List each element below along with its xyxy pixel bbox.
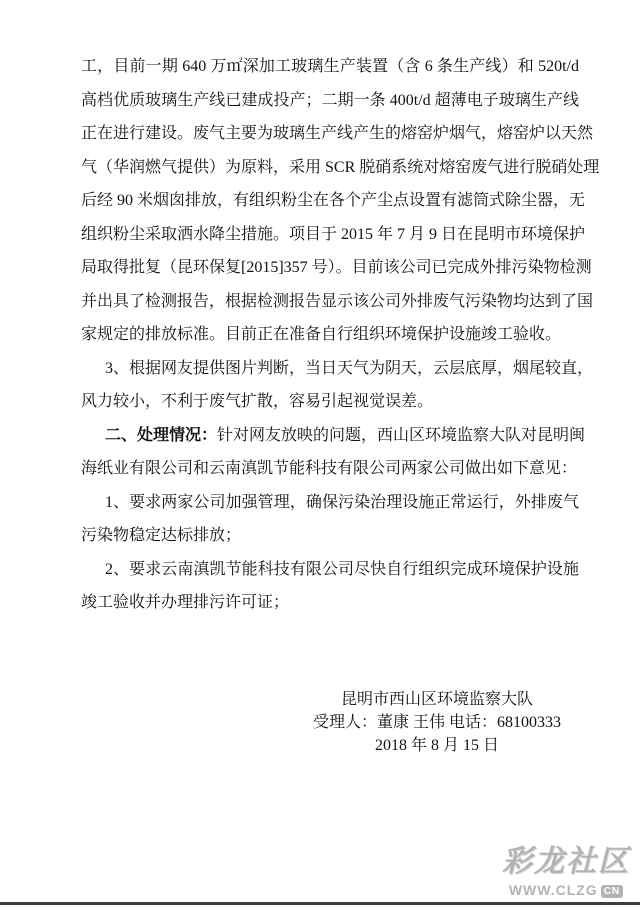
document-page: 工，目前一期 640 万㎡深加工玻璃生产装置（含 6 条生产线）和 520t/d… — [0, 0, 640, 907]
document-line-section-2: 二、处理情况：针对网友放映的问题，西山区环境监察大队对昆明闽 — [81, 419, 579, 453]
document-line-item-1: 1、要求两家公司加强管理，确保污染治理设施正常运行，外排废气 — [81, 486, 579, 520]
signature-agency: 昆明市西山区环境监察大队 — [277, 688, 597, 711]
document-line: 污染物稳定达标排放； — [81, 519, 579, 553]
watermark-url-text: WWW.CLZG — [509, 882, 598, 898]
signature-handlers: 受理人：董康 王伟 电话：68100333 — [277, 711, 597, 734]
document-line-item-2: 2、要求云南滇凯节能科技有限公司尽快自行组织完成环境保护设施 — [81, 553, 579, 587]
watermark: 彩龙社区 WWW.CLZGCN — [502, 836, 630, 898]
section-heading: 二、处理情况： — [105, 427, 217, 444]
document-line: 竣工验收并办理排污许可证； — [81, 586, 579, 620]
document-line-item-3: 3、根据网友提供图片判断，当日天气为阴天，云层底厚，烟尾较直， — [81, 352, 579, 386]
page-bottom-rule — [0, 902, 640, 905]
document-line: 风力较小，不利于废气扩散，容易引起视觉误差。 — [81, 385, 579, 419]
document-line: 海纸业有限公司和云南滇凯节能科技有限公司两家公司做出如下意见： — [81, 452, 579, 486]
watermark-logo-text: 彩龙社区 — [502, 836, 630, 880]
document-line: 工，目前一期 640 万㎡深加工玻璃生产装置（含 6 条生产线）和 520t/d — [81, 50, 579, 84]
document-line: 家规定的排放标准。目前正在准备自行组织环境保护设施竣工验收。 — [81, 318, 579, 352]
document-line: 组织粉尘采取洒水降尘措施。项目于 2015 年 7 月 9 日在昆明市环境保护 — [81, 218, 579, 252]
signature-date: 2018 年 8 月 15 日 — [277, 734, 597, 757]
document-line: 气（华润燃气提供）为原料，采用 SCR 脱硝系统对熔窑废气进行脱硝处理 — [81, 151, 579, 185]
document-body: 工，目前一期 640 万㎡深加工玻璃生产装置（含 6 条生产线）和 520t/d… — [81, 50, 579, 620]
section-text: 针对网友放映的问题，西山区环境监察大队对昆明闽 — [217, 427, 585, 444]
signature-block: 昆明市西山区环境监察大队 受理人：董康 王伟 电话：68100333 2018 … — [277, 688, 597, 757]
document-line: 高档优质玻璃生产线已建成投产；二期一条 400t/d 超薄电子玻璃生产线 — [81, 84, 579, 118]
watermark-url: WWW.CLZGCN — [502, 882, 630, 898]
document-line: 后经 90 米烟囱排放，有组织粉尘在各个产尘点设置有滤筒式除尘器，无 — [81, 184, 579, 218]
document-line: 局取得批复（昆环保复[2015]357 号）。目前该公司已完成外排污染物检测 — [81, 251, 579, 285]
document-line: 并出具了检测报告，根据检测报告显示该公司外排废气污染物均达到了国 — [81, 285, 579, 319]
watermark-cn-badge: CN — [601, 885, 623, 898]
document-line: 正在进行建设。废气主要为玻璃生产线产生的熔窑炉烟气，熔窑炉以天然 — [81, 117, 579, 151]
